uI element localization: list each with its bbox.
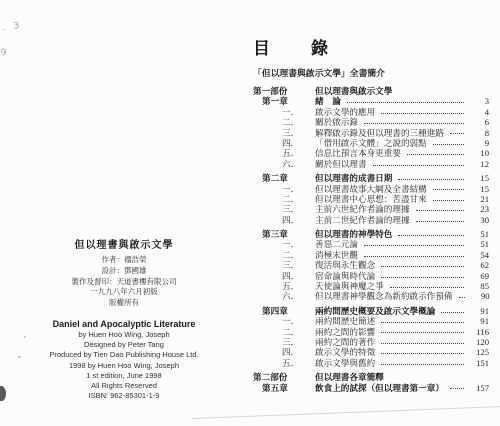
- toc-entry-page: 15: [469, 173, 489, 183]
- book-title-english: Daniel and Apocalyptic Literature: [28, 318, 220, 330]
- imprint-english-block: Daniel and Apocalyptic Literature by Hue…: [28, 318, 220, 401]
- toc-row: 一． 啟示文學的應用 4: [253, 106, 489, 116]
- toc-row: 五． 天使論與神魔之爭 85: [253, 280, 489, 290]
- toc-entry-page: 91: [469, 316, 489, 326]
- toc-row: 一． 但以理書故事大綱及全書結構 15: [253, 183, 489, 193]
- toc-leader-dots: [398, 235, 464, 236]
- toc-leader-dots: [416, 221, 464, 222]
- imprint-edition-line-en: 1 st edition, June 1998: [28, 371, 220, 381]
- imprint-rights-line-en: All Rights Reserved: [28, 381, 220, 391]
- imprint-isbn-line: ISBN: 962-85301-1-9: [28, 391, 220, 401]
- toc-entry-page: 3: [469, 96, 489, 106]
- toc-entry-page: 54: [469, 250, 489, 260]
- toc-entry-title: 啟示文學與舊約: [315, 357, 375, 369]
- toc-leader-dots: [381, 113, 464, 114]
- toc-entry-page: 4: [469, 107, 489, 117]
- imprint-designer-line: 設計：鄧國雄: [28, 266, 220, 277]
- imprint-page: 但以理書與啟示文學 作者：禤浩榮 設計：鄧國雄 製作及督印：天道書樓有限公司 一…: [28, 236, 220, 401]
- toc-leader-dots: [381, 353, 464, 354]
- toc-row: 五． 啟示文學與舊約 151: [253, 357, 489, 367]
- toc-leader-dots: [381, 332, 464, 333]
- imprint-author-line: 作者：禤浩榮: [28, 255, 220, 266]
- toc-leader-dots: [433, 189, 464, 190]
- toc-row: 一． 兩約間歷史簡述 91: [253, 315, 489, 325]
- toc-leader-dots: [364, 245, 464, 246]
- imprint-publisher-line: 製作及督印：天道書樓有限公司: [28, 277, 220, 288]
- imprint-edition-line: 一九九八年六月初版: [28, 287, 220, 298]
- toc-leader-dots: [390, 287, 464, 288]
- toc-entry-label: 六．: [253, 290, 315, 302]
- toc-entry-page: 9: [469, 138, 489, 148]
- toc-leader-dots: [381, 266, 464, 267]
- imprint-copyright-line-en: 1998 by Huen Hoo Wing, Joseph: [28, 361, 220, 371]
- toc-entry-page: 30: [469, 215, 489, 225]
- toc-leader-dots: [373, 165, 464, 166]
- scan-speck: [18, 356, 21, 358]
- toc-row: 第一部份 但以理書與啟示文學: [253, 85, 489, 95]
- toc-row: 三． 解釋啟示錄及但以理書的三種進路 8: [253, 127, 489, 137]
- toc-leader-dots: [381, 364, 464, 365]
- scan-speck: [24, 336, 26, 338]
- scan-page-edge-line: [192, 406, 500, 419]
- toc-row: 六． 但以理書神學觀念為新約啟示作預備 90: [253, 290, 489, 300]
- toc-entry-page: 120: [469, 337, 489, 347]
- toc-leader-dots: [433, 200, 464, 201]
- toc-entry-title: 關於但以理書: [315, 158, 367, 170]
- table-of-contents-page: 目 錄 「但以理書與啟示文學」全書簡介 第一部份 但以理書與啟示文學 第一章 緒…: [253, 40, 489, 392]
- pencil-handwriting-mark: . 3: [1, 21, 23, 34]
- toc-entry-label: 六．: [253, 158, 315, 170]
- page-title: 目 錄: [253, 40, 489, 58]
- toc-row: 第三章 但以理書的神學特色 51: [253, 228, 489, 238]
- toc-row: 第四章 兩約間歷史概要及啟示文學概論 91: [253, 305, 489, 315]
- toc-row: 三． 復活與永生觀念 62: [253, 259, 489, 269]
- toc-entry-page: 151: [469, 358, 489, 368]
- toc-row: 四． 主前二世紀作者論的理據 30: [253, 214, 489, 224]
- toc-leader-dots: [441, 312, 464, 313]
- toc-entry-page: 51: [469, 239, 489, 249]
- toc-leader-dots: [364, 256, 464, 257]
- toc-entry-page: 12: [469, 159, 489, 169]
- toc-row: 三． 主前六世紀作者論的理據 23: [253, 203, 489, 213]
- toc-row: 三． 兩約之間的著作 120: [253, 336, 489, 346]
- toc-entry-page: 116: [469, 327, 489, 337]
- toc-leader-dots: [364, 123, 464, 124]
- toc-list: 第一部份 但以理書與啟示文學 第一章 緒 論 3 一． 啟示文學的應用 4 二．…: [253, 85, 489, 392]
- toc-row: 二． 兩約之間的影響 116: [253, 326, 489, 336]
- toc-entry-title: 主前二世紀作者論的理據: [315, 214, 410, 226]
- imprint-publisher-line-en: Produced by Tien Dao Publishing House Lt…: [28, 350, 220, 360]
- toc-entry-label: 第五章: [253, 382, 315, 394]
- toc-entry-title: 飲食上的試探（但以理書第一章）: [315, 382, 444, 394]
- toc-entry-page: 90: [470, 291, 490, 301]
- toc-leader-dots: [450, 388, 464, 389]
- imprint-author-line-en: by Huen Hoo Wing, Joseph: [28, 330, 220, 340]
- imprint-rights-line: 版權所有: [28, 298, 220, 309]
- scan-ink-smudge: [0, 386, 6, 401]
- imprint-designer-line-en: Designed by Peter Tang: [28, 340, 220, 350]
- toc-row: 四． 宿命論與時代論 69: [253, 270, 489, 280]
- toc-leader-dots: [381, 322, 464, 323]
- toc-row: 四． 啟示文學的特徵 125: [253, 346, 489, 356]
- toc-entry-label: 五．: [253, 357, 315, 369]
- toc-entry-page: 91: [469, 306, 489, 316]
- toc-row: 第二部份 但以理書各章簡釋: [253, 371, 489, 381]
- toc-row: 二． 消極末世觀 54: [253, 249, 489, 259]
- toc-row: 第二章 但以理書的成書日期 15: [253, 172, 489, 182]
- toc-entry-page: 69: [469, 271, 489, 281]
- toc-leader-dots: [381, 343, 464, 344]
- toc-leader-dots: [381, 277, 464, 278]
- pencil-handwriting-mark: 9: [0, 48, 7, 59]
- toc-entry-page: 21: [469, 194, 489, 204]
- toc-entry-page: 10: [469, 148, 489, 158]
- toc-row: 第五章 飲食上的試探（但以理書第一章） 157: [253, 382, 489, 392]
- toc-entry-page: 62: [469, 260, 489, 270]
- toc-row: 五． 信息比預言本身更重要 10: [253, 147, 489, 157]
- toc-entry-page: 157: [469, 383, 489, 393]
- toc-leader-dots: [459, 297, 465, 298]
- toc-leader-dots: [450, 133, 464, 134]
- toc-leader-dots: [347, 102, 464, 103]
- toc-entry-page: 6: [469, 117, 489, 127]
- toc-leader-dots: [433, 144, 464, 145]
- toc-leader-dots: [416, 210, 464, 211]
- toc-leader-dots: [407, 154, 464, 155]
- toc-entry-page: 51: [469, 229, 489, 239]
- book-title-chinese: 但以理書與啟示文學: [28, 236, 220, 251]
- toc-entry-page: 85: [469, 281, 489, 291]
- toc-entry-page: 125: [469, 347, 489, 357]
- toc-subtitle: 「但以理書與啟示文學」全書簡介: [253, 66, 489, 79]
- toc-entry-page: 8: [469, 128, 489, 138]
- book-scan-page: . 3 9 但以理書與啟示文學 作者：禤浩榮 設計：鄧國雄 製作及督印：天道書樓…: [0, 0, 500, 426]
- toc-leader-dots: [398, 179, 464, 180]
- toc-entry-title: 但以理書神學觀念為新約啟示作預備: [315, 290, 453, 302]
- toc-row: 四． 「借用啟示文體」之說的弱點 9: [253, 137, 489, 147]
- toc-entry-page: 23: [469, 204, 489, 214]
- toc-row: 二． 但以理書中心思想：苦盡甘來 21: [253, 193, 489, 203]
- toc-entry-page: 15: [469, 184, 489, 194]
- toc-entry-label: 四．: [253, 214, 315, 226]
